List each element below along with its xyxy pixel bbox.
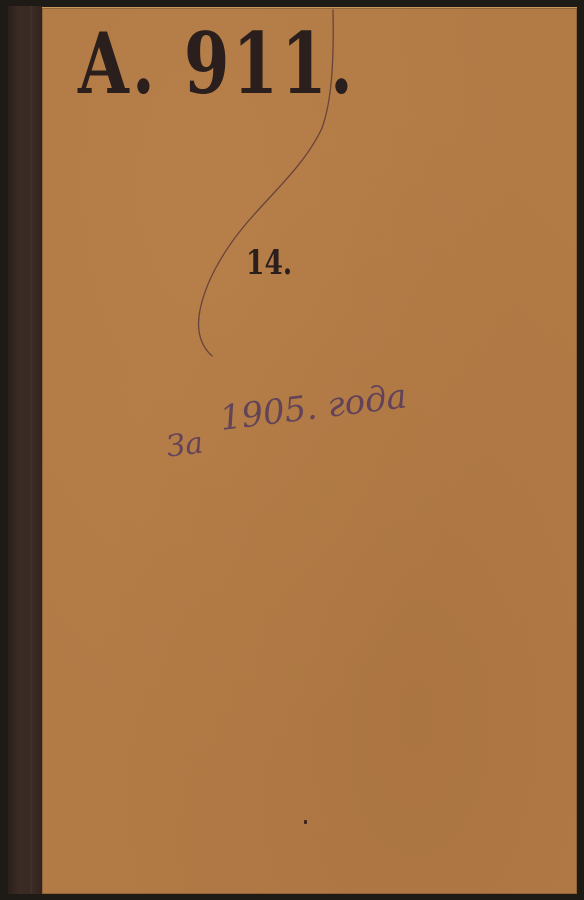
handwritten-prefix: За: [164, 426, 205, 465]
stamped-sub-number: 14.: [246, 246, 292, 280]
stamped-archive-number: A. 911.: [78, 22, 356, 106]
handwritten-year: 1905. года: [218, 376, 409, 439]
binding-spine: [8, 6, 44, 894]
paper-speck: [304, 820, 307, 824]
handwritten-year-note: За1905. года: [162, 376, 409, 445]
folder-cover: A. 911. 14. За1905. года: [42, 7, 577, 894]
document-scan: A. 911. 14. За1905. года: [0, 0, 584, 900]
